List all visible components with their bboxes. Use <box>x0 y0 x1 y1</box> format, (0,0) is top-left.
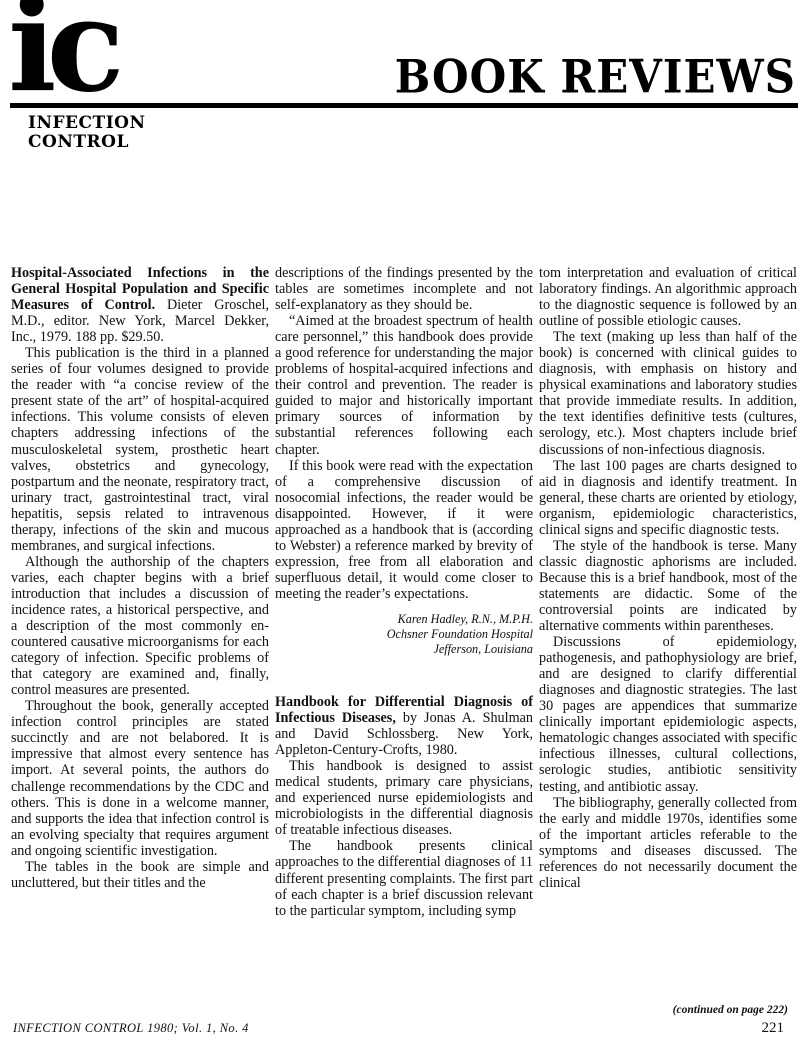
page-number: 221 <box>762 1020 785 1037</box>
review-2-heading: Handbook for Differential Diagnosis of I… <box>275 694 533 758</box>
review-2-paragraph: The style of the handbook is terse. Many… <box>539 538 797 634</box>
review-1-paragraph: If this book were read with the expectat… <box>275 458 533 602</box>
header-rule <box>10 103 798 108</box>
journal-citation-footer: INFECTION CONTROL 1980; Vol. 1, No. 4 <box>13 1021 249 1036</box>
review-1-paragraph: Throughout the book, generally accepted … <box>11 698 269 858</box>
review-1-paragraph: descriptions of the findings presented b… <box>275 265 533 313</box>
journal-logo: ic <box>8 0 115 110</box>
continued-note: (continued on page 222) <box>673 1004 788 1016</box>
journal-name-line1: INFECTION <box>28 114 146 133</box>
review-1-paragraph: Although the authorship of the chapters … <box>11 554 269 698</box>
review-1-heading: Hospital-Associated Infections in the Ge… <box>11 265 269 345</box>
review-2-paragraph: The bibliography, generally col­lected f… <box>539 795 797 891</box>
review-1-paragraph: “Aimed at the broadest spectrum of healt… <box>275 313 533 457</box>
review-2-paragraph: The handbook presents clinical approache… <box>275 838 533 918</box>
reviewer-location: Jefferson, Louisiana <box>275 642 533 657</box>
reviewer-signature: Karen Hadley, R.N., M.P.H. Ochsner Found… <box>275 612 533 657</box>
journal-name-line2: CONTROL <box>28 133 146 152</box>
review-1-paragraph: This publication is the third in a plann… <box>11 345 269 554</box>
review-2-paragraph: Discussions of epidemiology, pathogenesi… <box>539 634 797 794</box>
review-2-paragraph: This handbook is designed to assist medi… <box>275 758 533 838</box>
column-3: tom interpretation and evaluation of cri… <box>539 265 797 891</box>
reviewer-institution: Ochsner Foundation Hospital <box>275 627 533 642</box>
review-1-paragraph: The tables in the book are simple and un… <box>11 859 269 891</box>
review-2-paragraph: The text (making up less than half of th… <box>539 329 797 457</box>
reviewer-name: Karen Hadley, R.N., M.P.H. <box>275 612 533 627</box>
section-title: BOOK REVIEWS <box>395 54 796 100</box>
review-2-paragraph: The last 100 pages are charts de­signed … <box>539 458 797 538</box>
column-2: descriptions of the findings presented b… <box>275 265 533 919</box>
column-1: Hospital-Associated Infections in the Ge… <box>11 265 269 891</box>
review-2-paragraph: tom interpretation and evaluation of cri… <box>539 265 797 329</box>
journal-name: INFECTION CONTROL <box>28 114 146 152</box>
